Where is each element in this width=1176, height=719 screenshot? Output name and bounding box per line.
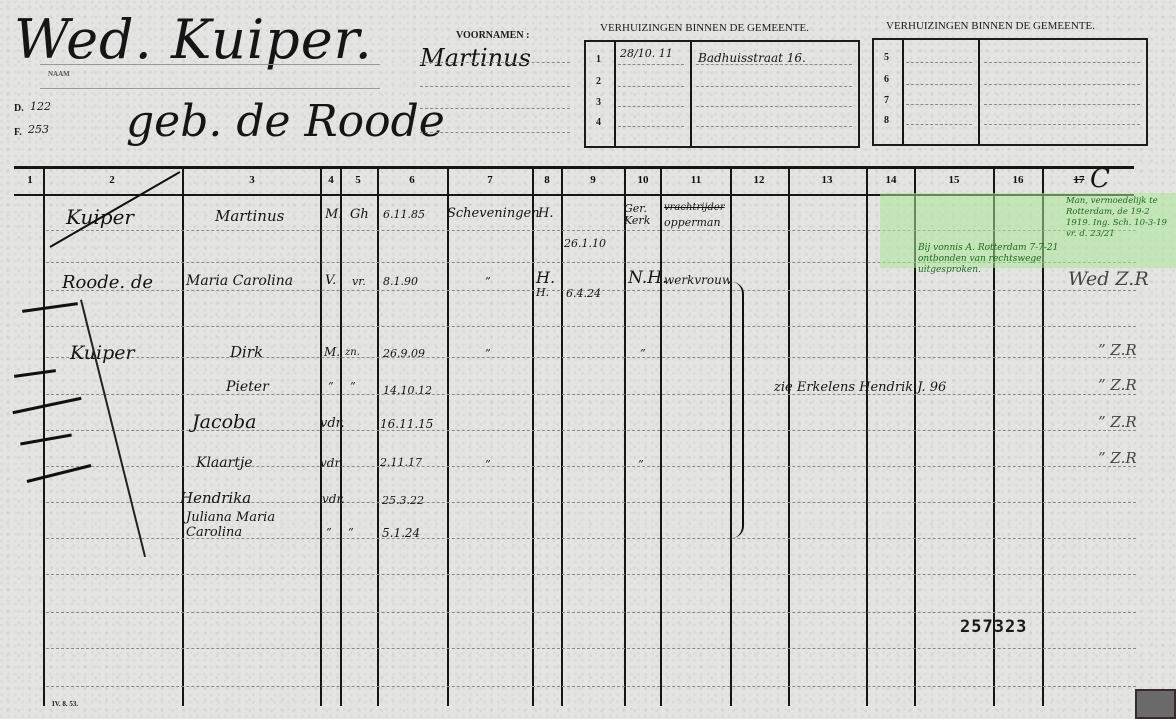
row-rule (46, 326, 1136, 327)
annotation-col17: Man, vermoedelijk te Rotterdam, de 19-2 … (1066, 196, 1176, 240)
card-number: 257323 (960, 617, 1027, 637)
person-sex: V. (325, 273, 336, 288)
move-line (618, 106, 684, 107)
move-line (696, 86, 852, 87)
person-given-name: Maria Carolina (186, 273, 293, 289)
naam-line (40, 64, 380, 65)
move-line (906, 124, 972, 125)
column-header: 14 (880, 174, 902, 186)
move-line (984, 124, 1140, 125)
moves-right-title: VERHUIZINGEN BINNEN DE GEMEENTE. (886, 20, 1095, 32)
col-divider (182, 166, 184, 706)
person-birth-date: 16.11.15 (380, 417, 433, 431)
column-header: 8 (537, 174, 557, 186)
moves-left-divider-2 (690, 42, 692, 146)
person-col10: ” (640, 347, 646, 360)
person-given-name: Jacoba (192, 411, 257, 433)
move-row-number: 1 (596, 54, 601, 65)
move-row-number: 5 (884, 52, 889, 63)
naam-label: NAAM (48, 70, 70, 78)
cross-reference-note: zie Erkelens Hendrik J. 96 (774, 380, 946, 395)
diagonal-strike (80, 300, 146, 558)
move-line (984, 84, 1140, 85)
column-header: 4 (322, 174, 340, 186)
person-birth-place: ” (485, 275, 491, 288)
move-line (984, 62, 1140, 63)
person-birth-date: 8.1.90 (383, 275, 418, 288)
move-line (906, 62, 972, 63)
person-col17: Wed Z.R (1068, 268, 1149, 290)
person-col17: ” Z.R (1098, 341, 1137, 359)
person-relation: vdr. (320, 456, 343, 470)
move-row-number: 3 (596, 97, 601, 108)
column-header: 9 (583, 174, 603, 186)
person-col9-date: 6.4.24 (566, 287, 601, 300)
voornamen-line-3 (420, 108, 570, 109)
move-row-number: 7 (884, 95, 889, 106)
voornamen-value: Martinus (420, 44, 531, 72)
strike-mark (12, 397, 81, 414)
voornamen-label: VOORNAMEN : (456, 30, 529, 41)
column-header: 15 (943, 174, 965, 186)
col-divider (624, 166, 626, 706)
person-col9-date: 26.1.10 (564, 237, 606, 250)
column-header: 1 (20, 174, 40, 186)
col-divider (660, 166, 662, 706)
brace-mark (732, 282, 744, 538)
column-header: 2 (102, 174, 122, 186)
col-divider (320, 166, 322, 706)
person-sex: M. (324, 345, 340, 359)
move-line (696, 64, 852, 65)
move-line (696, 106, 852, 107)
move-row-number: 6 (884, 74, 889, 85)
person-relation: Gh (350, 207, 369, 222)
column-header: 16 (1007, 174, 1029, 186)
form-code: IV. 8. 53. (52, 700, 78, 708)
move-line (906, 104, 972, 105)
registration-card: Wed. Kuiper. NAAM geb. de Roode D. 122 F… (0, 0, 1176, 719)
move-line (618, 64, 684, 65)
person-birth-date: 5.1.24 (382, 526, 420, 540)
column-header: 11 (685, 174, 707, 186)
moves-left-title: VERHUIZINGEN BINNEN DE GEMEENTE. (600, 22, 809, 34)
row-rule (46, 686, 1136, 687)
column-header: 17 (1068, 174, 1090, 186)
move-line (906, 84, 972, 85)
person-occupation-struck: vrachtrijder (664, 202, 725, 213)
moves-right-divider-1 (902, 40, 904, 144)
person-relation: vr. (352, 275, 366, 288)
move-line (984, 104, 1140, 105)
move-row-number: 2 (596, 76, 601, 87)
person-birth-place: ” (485, 347, 491, 360)
column-header: 6 (402, 174, 422, 186)
person-col8: H. (536, 268, 555, 287)
column-header: 12 (748, 174, 770, 186)
strike-mark (14, 369, 56, 378)
f-label: F. (14, 127, 22, 138)
person-surname: Kuiper (70, 342, 135, 364)
column-header: 3 (242, 174, 262, 186)
col-divider (340, 166, 342, 706)
person-col17: ” Z.R (1098, 413, 1137, 431)
voornamen-line-2 (420, 86, 570, 87)
moves-left-table: 1 2 3 4 28/10. 11 Badhuisstraat 16. (584, 40, 860, 148)
person-sex: ” (328, 380, 334, 393)
row-rule (46, 648, 1136, 649)
col-divider (532, 166, 534, 706)
person-sex: ” (326, 526, 332, 539)
col-divider (43, 166, 45, 706)
person-col8: H. (538, 206, 553, 221)
annotation-col15: Bij vonnis A. Rotterdam 7-7-21 ontbonden… (918, 243, 1068, 276)
naam-line-2 (40, 88, 380, 89)
person-birth-place: ” (485, 458, 491, 471)
person-birth-date: 6.11.85 (383, 208, 425, 221)
col-divider (866, 166, 868, 706)
person-col10: ” (638, 458, 644, 471)
person-col17: ” Z.R (1098, 449, 1137, 467)
surname-title: Wed. Kuiper. (14, 8, 373, 71)
maiden-name: geb. de Roode (126, 96, 445, 147)
person-col17: ” Z.R (1098, 376, 1137, 394)
move-address: Badhuisstraat 16. (698, 51, 806, 65)
row-rule (46, 394, 1136, 395)
move-line (618, 126, 684, 127)
person-birth-date: 2.11.17 (380, 456, 422, 469)
move-line (618, 86, 684, 87)
person-birth-place: Scheveningen (447, 206, 540, 221)
person-relation: vdr. (322, 492, 345, 506)
person-relation: ” (350, 380, 356, 393)
col-divider (377, 166, 379, 706)
strike-mark (20, 434, 72, 446)
move-date: 28/10. 11 (620, 47, 673, 60)
person-given-name: Pieter (226, 379, 269, 395)
person-given-name: Martinus (215, 207, 284, 225)
row-rule (46, 357, 1136, 358)
move-row-number: 4 (596, 117, 601, 128)
person-sex: M. (325, 207, 342, 222)
person-relation: vdr. (320, 416, 345, 431)
person-given-name: Hendrika (180, 489, 251, 507)
thumbnail-preview[interactable] (1135, 689, 1176, 719)
person-given-name: Klaartje (196, 455, 253, 471)
person-birth-date: 25.3.22 (382, 494, 424, 507)
column-header: 13 (816, 174, 838, 186)
voornamen-line-1 (420, 62, 570, 63)
moves-left-divider-1 (614, 42, 616, 146)
person-given-name: Dirk (230, 343, 263, 361)
move-row-number: 8 (884, 115, 889, 126)
column-header: 10 (632, 174, 654, 186)
d-label: D. (14, 103, 24, 114)
person-birth-date: 26.9.09 (383, 347, 425, 360)
d-value: 122 (30, 100, 51, 113)
person-relation: zn. (345, 347, 360, 358)
col-divider (788, 166, 790, 706)
row-rule (46, 574, 1136, 575)
person-relation: ” (348, 526, 354, 539)
moves-right-table: 5 6 7 8 (872, 38, 1148, 146)
col-divider (447, 166, 449, 706)
f-value: 253 (28, 123, 49, 136)
strike-mark (22, 302, 78, 313)
person-religion: N.H. (628, 268, 667, 288)
column-header: 7 (480, 174, 500, 186)
col-divider (561, 166, 563, 706)
person-col8b: H. (536, 286, 549, 299)
moves-right-divider-2 (978, 40, 980, 144)
col17-mark: C (1090, 164, 1110, 194)
person-surname: Roode. de (62, 272, 153, 293)
column-header: 5 (348, 174, 368, 186)
person-religion: Ger. Kerk (624, 203, 662, 227)
voornamen-line-4 (420, 132, 570, 133)
person-occupation: opperman (664, 216, 721, 229)
move-line (696, 126, 852, 127)
row-rule (46, 612, 1136, 613)
person-occupation: werkvrouw (664, 273, 732, 287)
person-given-name: Juliana Maria Carolina (186, 510, 306, 540)
person-birth-date: 14.10.12 (383, 384, 432, 397)
